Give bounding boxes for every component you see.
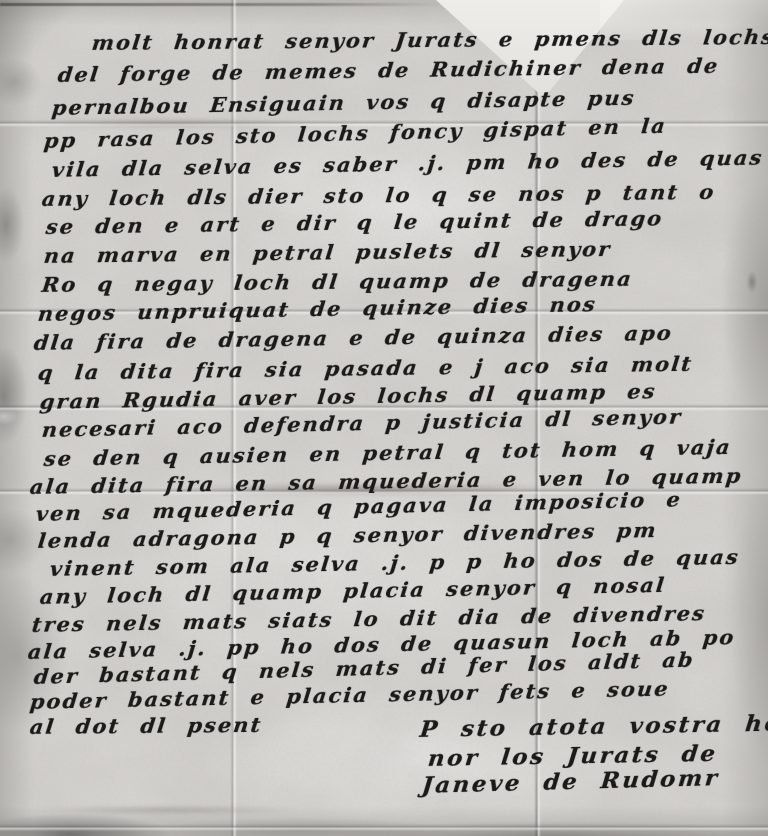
manuscript-line: se den e art e dir q le quint de drago	[45, 206, 665, 239]
handwritten-text-layer: molt honrat senyor Jurats e pmens dls lo…	[0, 0, 768, 836]
manuscript-line: pernalbou Ensiguain vos q disapte pus	[51, 85, 637, 119]
manuscript-line: del forge de memes de Rudichiner dena de	[57, 53, 721, 86]
manuscript-line: na marva en petral puslets dl senyor	[43, 237, 613, 268]
manuscript-line: al dot dl psent	[29, 712, 264, 738]
manuscript-line: negos unpruiquat de quinze dies nos	[37, 292, 598, 326]
manuscript-scan: molt honrat senyor Jurats e pmens dls lo…	[0, 0, 768, 836]
signature-line: P sto atota vostra ho	[419, 710, 768, 742]
manuscript-line: dla fira de dragena e de quinza dies apo	[33, 320, 675, 354]
manuscript-line: vila dla selva es saber .j. pm ho des de…	[51, 145, 765, 181]
manuscript-line: molt honrat senyor Jurats e pmens dls lo…	[91, 25, 768, 55]
manuscript-line: pp rasa los sto lochs foncy gispat en la	[43, 113, 668, 152]
